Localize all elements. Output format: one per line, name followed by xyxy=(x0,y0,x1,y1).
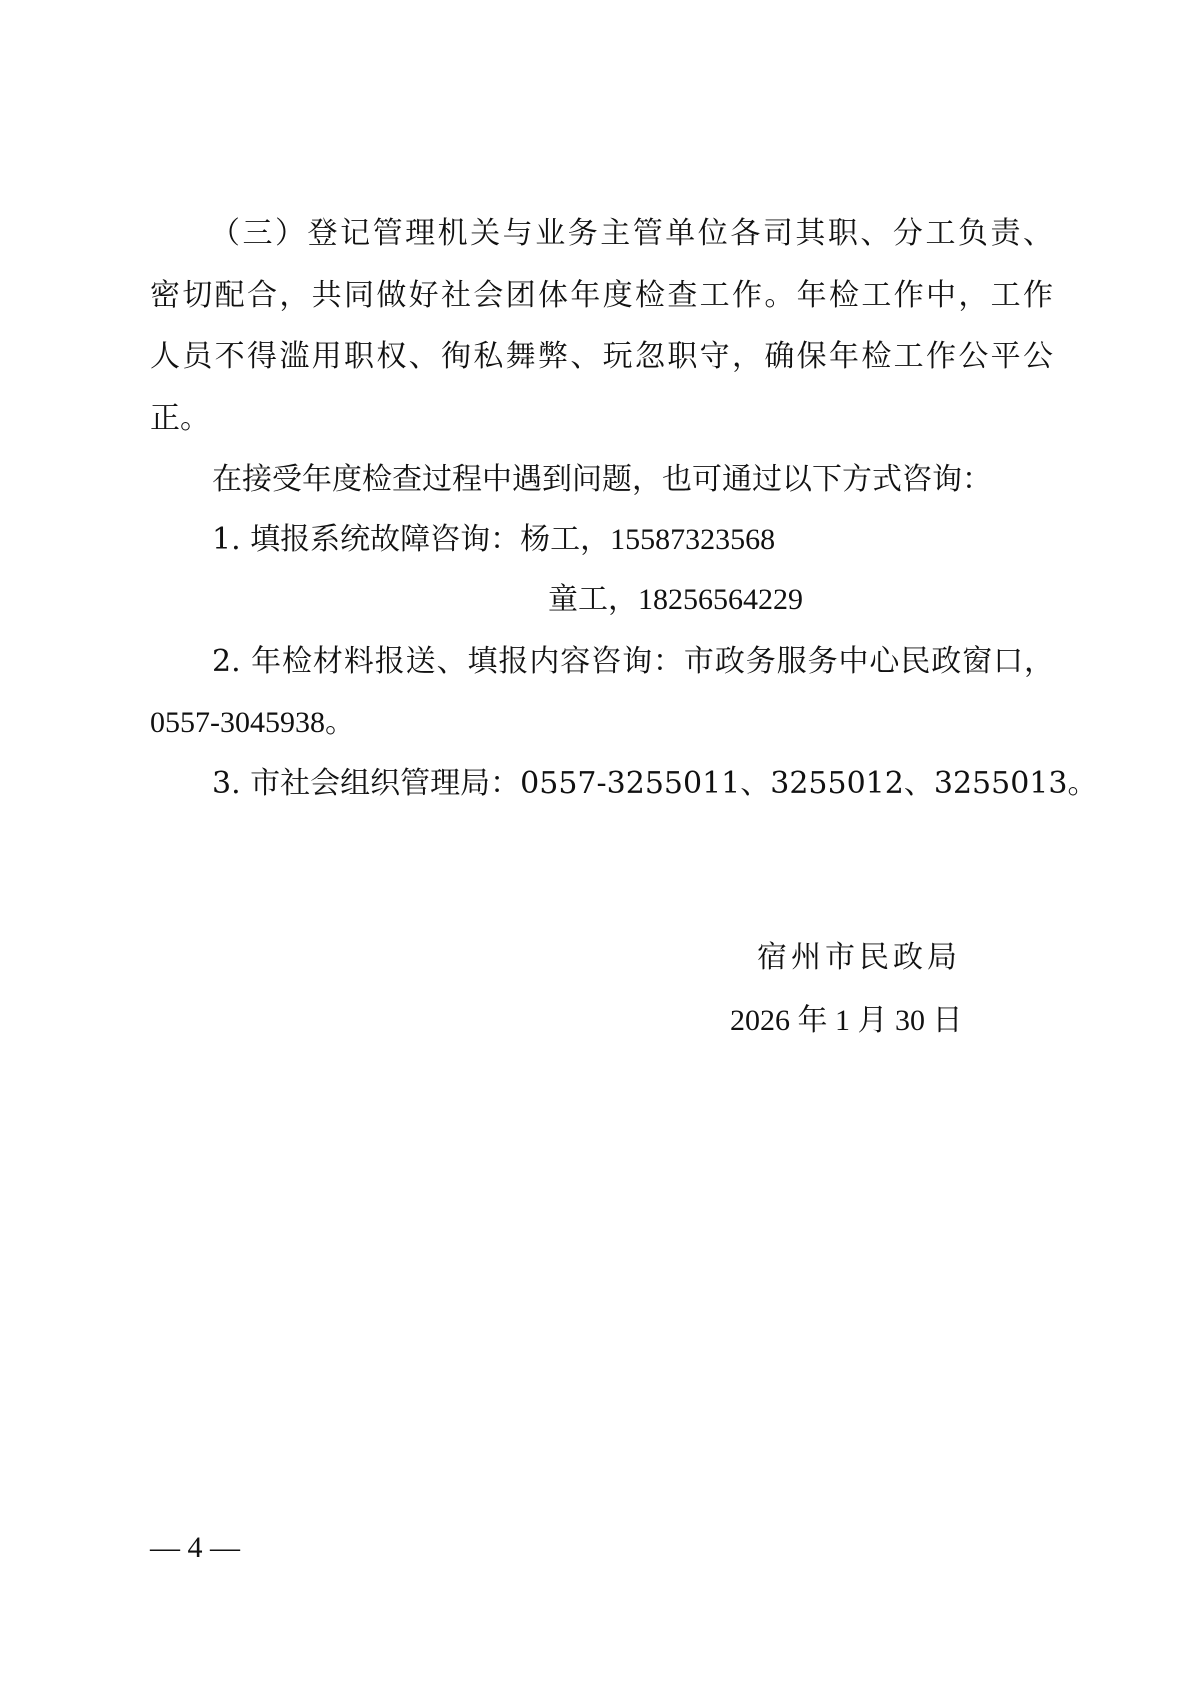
contact-item-1: 1. 填报系统故障咨询：杨工，15587323568 xyxy=(212,520,1054,560)
contact-item-1-person-1: 杨工，15587323568 xyxy=(520,523,775,556)
paragraph-3-line-3: 人员不得滥用职权、徇私舞弊、玩忽职守，确保年检工作公平公 xyxy=(150,337,1053,377)
contact-item-2-line-2: 0557-3045938。 xyxy=(150,703,1053,743)
signature-organization: 宿州市民政局 xyxy=(757,938,961,978)
paragraph-3-line-4: 正。 xyxy=(150,399,1053,439)
paragraph-3-line-1: （三）登记管理机关与业务主管单位各司其职、分工负责、 xyxy=(150,214,1053,254)
consult-intro: 在接受年度检查过程中遇到问题，也可通过以下方式咨询： xyxy=(212,460,1054,500)
signature-date: 2026 年 1 月 30 日 xyxy=(730,1001,963,1041)
paragraph-3-line-2: 密切配合，共同做好社会团体年度检查工作。年检工作中，工作 xyxy=(150,276,1053,316)
contact-item-2-line-1: 2. 年检材料报送、填报内容咨询：市政务服务中心民政窗口， xyxy=(212,642,1054,682)
contact-item-3: 3. 市社会组织管理局：0557-3255011、3255012、3255013… xyxy=(212,764,1054,804)
contact-item-1-label: 1. 填报系统故障咨询： xyxy=(212,522,520,557)
page-number: — 4 — xyxy=(150,1528,240,1568)
contact-item-1-person-2: 童工，18256564229 xyxy=(548,580,1048,620)
